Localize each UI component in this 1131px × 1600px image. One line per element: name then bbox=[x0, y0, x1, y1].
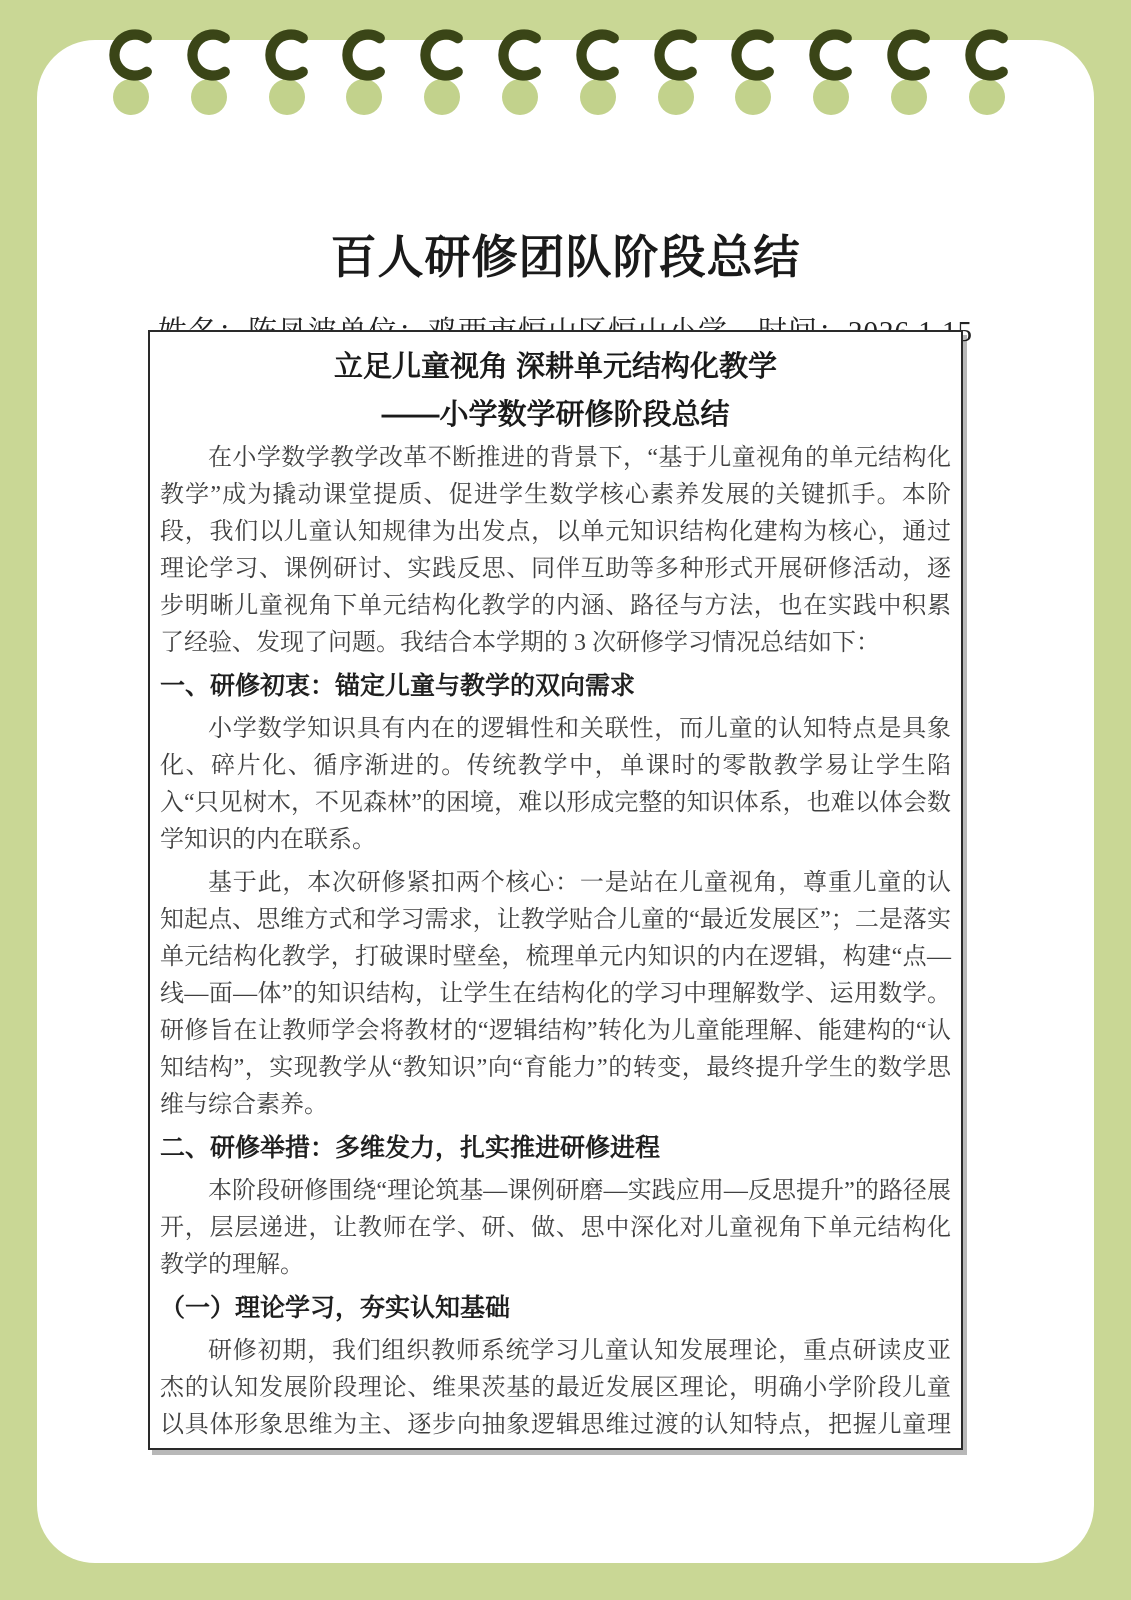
report-paragraph: 小学数学知识具有内在的逻辑性和关联性，而儿童的认知特点是具象化、碎片化、循序渐进… bbox=[160, 711, 951, 859]
report-paragraph: 本阶段研修围绕“理论筑基—课例研磨—实践应用—反思提升”的路径展开，层层递进，让… bbox=[160, 1173, 951, 1284]
report-paragraph: 在小学数学教学改革不断推进的背景下，“基于儿童视角的单元结构化教学”成为撬动课堂… bbox=[160, 440, 951, 662]
report-subheading: ——小学数学研修阶段总结 bbox=[160, 396, 951, 434]
notebook-page: 百人研修团队阶段总结 姓名：陈凤波单位：鸡西市恒山区恒山小学 时间：2026.1… bbox=[37, 40, 1094, 1563]
section-2-heading: 二、研修举措：多维发力，扎实推进研修进程 bbox=[160, 1130, 951, 1167]
page-title: 百人研修团队阶段总结 bbox=[37, 232, 1094, 284]
report-paragraph: 基于此，本次研修紧扣两个核心：一是站在儿童视角，尊重儿童的认知起点、思维方式和学… bbox=[160, 865, 951, 1124]
report-box: 立足儿童视角 深耕单元结构化教学 ——小学数学研修阶段总结 在小学数学教学改革不… bbox=[148, 330, 963, 1450]
report-heading: 立足儿童视角 深耕单元结构化教学 bbox=[160, 348, 951, 386]
subsection-1-heading: （一）理论学习，夯实认知基础 bbox=[160, 1290, 951, 1327]
report-paragraph: 研修初期，我们组织教师系统学习儿童认知发展理论，重点研读皮亚杰的认知发展阶段理论… bbox=[160, 1333, 951, 1450]
notebook-background: { "page": { "title": "百人研修团队阶段总结", "meta… bbox=[0, 0, 1131, 1600]
section-1-heading: 一、研修初衷：锚定儿童与教学的双向需求 bbox=[160, 668, 951, 705]
